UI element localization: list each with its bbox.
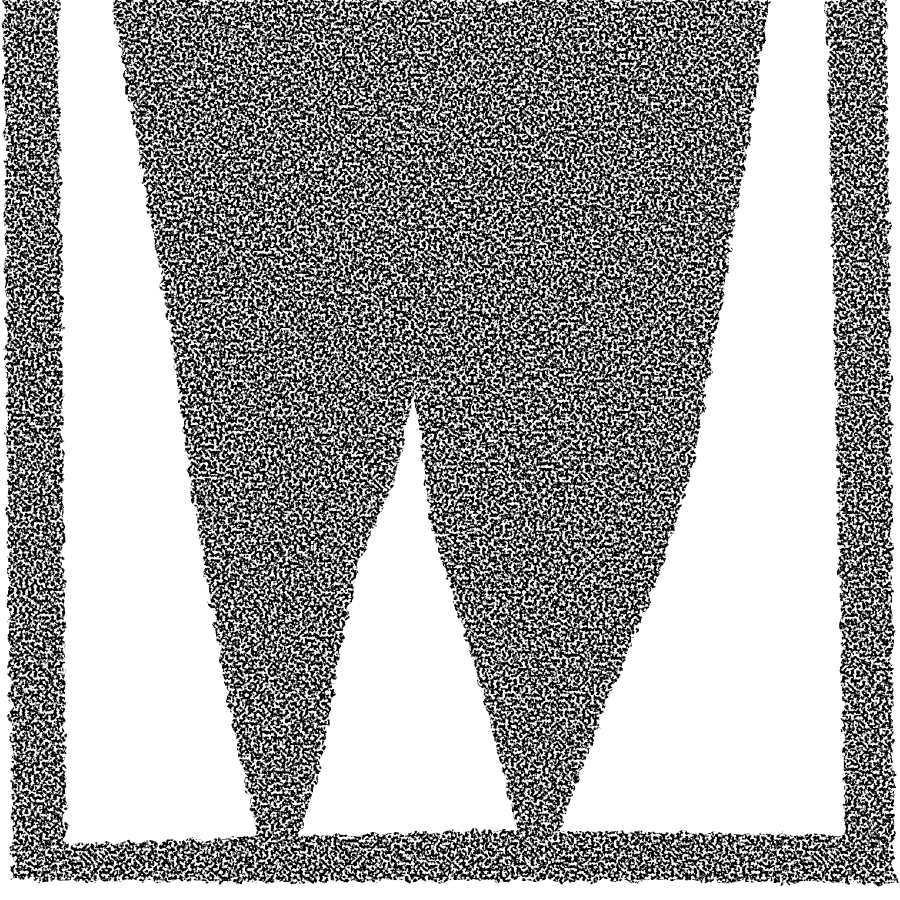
frame-left-bar [4,0,66,872]
w-logo [0,0,900,900]
